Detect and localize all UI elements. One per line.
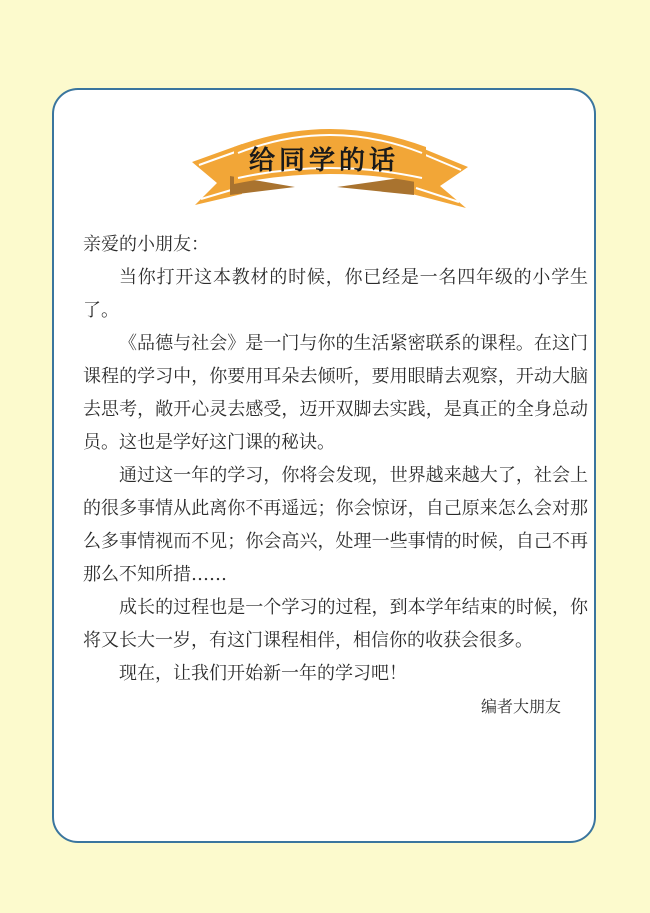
- letter-card: 给同学的话 亲爱的小朋友： 当你打开这本教材的时候，你已经是一名四年级的小学生了…: [52, 88, 596, 843]
- banner-ribbon: 给同学的话: [190, 124, 470, 216]
- letter-paragraph: 成长的过程也是一个学习的过程，到本学年结束的时候，你将又长大一岁，有这门课程相伴…: [83, 591, 588, 657]
- letter-paragraphs: 当你打开这本教材的时候，你已经是一名四年级的小学生了。《品德与社会》是一门与你的…: [83, 261, 588, 690]
- textbook-page: 给同学的话 亲爱的小朋友： 当你打开这本教材的时候，你已经是一名四年级的小学生了…: [0, 0, 650, 913]
- letter-paragraph: 现在，让我们开始新一年的学习吧！: [83, 657, 588, 690]
- letter-body: 亲爱的小朋友： 当你打开这本教材的时候，你已经是一名四年级的小学生了。《品德与社…: [83, 228, 588, 723]
- letter-salutation: 亲爱的小朋友：: [83, 228, 588, 261]
- banner-title: 给同学的话: [249, 145, 399, 176]
- ribbon-graphic: 给同学的话: [190, 124, 470, 216]
- letter-paragraph: 《品德与社会》是一门与你的生活紧密联系的课程。在这门课程的学习中，你要用耳朵去倾…: [83, 327, 588, 459]
- letter-paragraph: 当你打开这本教材的时候，你已经是一名四年级的小学生了。: [83, 261, 588, 327]
- letter-signature: 编者大朋友: [83, 690, 588, 723]
- letter-paragraph: 通过这一年的学习，你将会发现，世界越来越大了，社会上的很多事情从此离你不再遥远；…: [83, 459, 588, 591]
